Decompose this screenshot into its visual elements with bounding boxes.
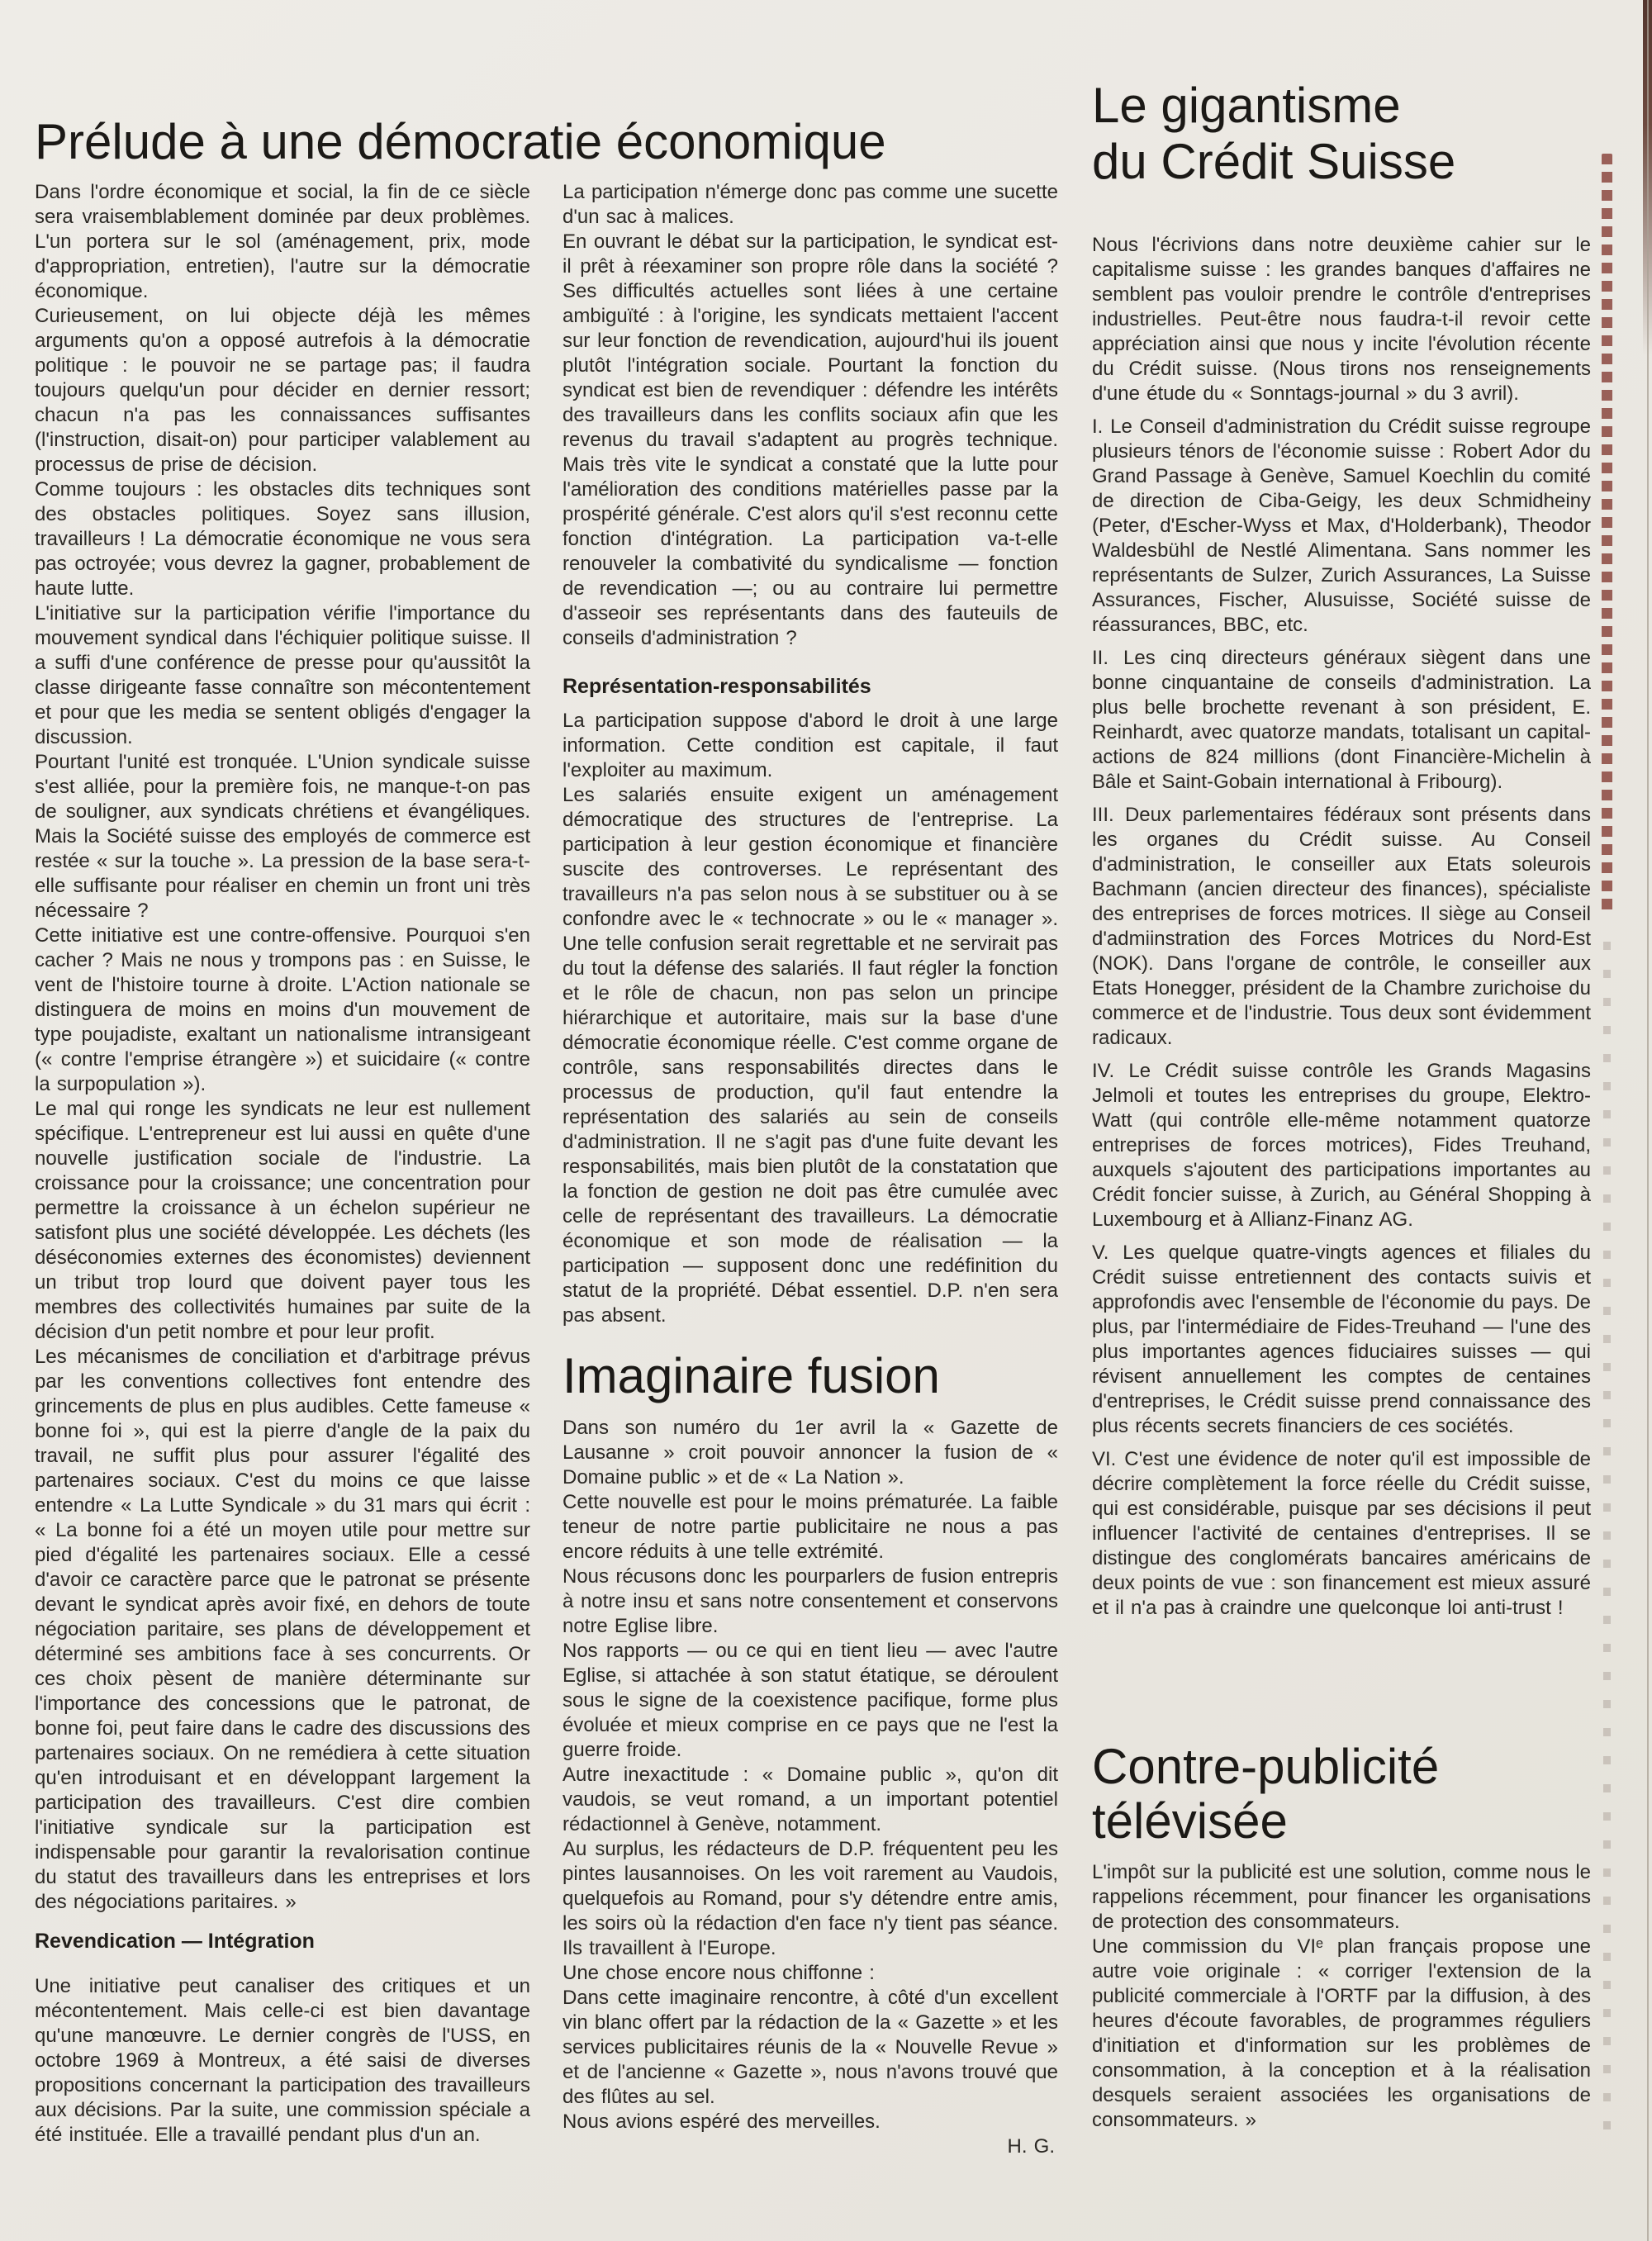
contrepub-title-line1: Contre-publicité (1092, 1739, 1439, 1794)
paragraph: Le mal qui ronge les syndicats ne leur e… (35, 1097, 530, 1345)
paragraph: Au surplus, les rédacteurs de D.P. fréqu… (563, 1837, 1058, 1961)
paragraph: Nous avions espéré des merveilles. (563, 2110, 1058, 2134)
paragraph: Dans cette imaginaire rencontre, à côté … (563, 1986, 1058, 2110)
prelude-column-1: Dans l'ordre économique et social, la fi… (35, 180, 530, 1915)
paragraph: Comme toujours : les obstacles dits tech… (35, 477, 530, 601)
paragraph: Les mécanismes de conciliation et d'arbi… (35, 1345, 530, 1915)
author-signature: H. G. (563, 2134, 1058, 2159)
paragraph: Une commission du VIᵉ plan français prop… (1092, 1935, 1591, 2133)
imaginaire-fusion-paragraphs: Dans son numéro du 1er avril la « Gazett… (563, 1416, 1058, 2134)
subhead-representation-responsabilites: Représentation-responsabilités (563, 674, 1058, 699)
imaginaire-fusion-body: Dans son numéro du 1er avril la « Gazett… (563, 1416, 1058, 2159)
paragraph: III. Deux parlementaires fédéraux sont p… (1092, 803, 1591, 1051)
article-contrepub-title: Contre-publicité télévisée (1092, 1740, 1591, 1849)
paragraph: Cette nouvelle est pour le moins prématu… (563, 1490, 1058, 1564)
paragraph: Pourtant l'unité est tronquée. L'Union s… (35, 750, 530, 923)
contrepub-body: L'impôt sur la publicité est une solutio… (1092, 1860, 1591, 2133)
gigantisme-title-line1: Le gigantisme (1092, 78, 1401, 133)
paragraph: L'initiative sur la participation vérifi… (35, 601, 530, 750)
prelude-column-2: La participation n'émerge donc pas comme… (563, 180, 1058, 1328)
article-prelude-title: Prélude à une démocratie économique (35, 116, 1084, 169)
paragraph: Autre inexactitude : « Domaine public »,… (563, 1763, 1058, 1837)
gigantisme-intro: Nous l'écrivions dans notre deuxième cah… (1092, 233, 1591, 406)
gigantisme-body: Nous l'écrivions dans notre deuxième cah… (1092, 233, 1591, 1629)
contrepub-title-line2: télévisée (1092, 1793, 1288, 1849)
edge-print-marks-faint (1603, 942, 1611, 2148)
prelude-column-2-top: La participation n'émerge donc pas comme… (563, 180, 1058, 651)
paragraph: Dans l'ordre économique et social, la fi… (35, 180, 530, 304)
edge-print-marks-red (1602, 154, 1612, 914)
paragraph: La participation n'émerge donc pas comme… (563, 180, 1058, 230)
paragraph: Nous récusons donc les pourparlers de fu… (563, 1564, 1058, 1639)
paragraph: L'impôt sur la publicité est une solutio… (1092, 1860, 1591, 1935)
paragraph: V. Les quelque quatre-vingts agences et … (1092, 1241, 1591, 1439)
article-gigantisme-title: Le gigantisme du Crédit Suisse (1092, 78, 1591, 190)
paragraph: II. Les cinq directeurs généraux siègent… (1092, 646, 1591, 795)
paragraph: I. Le Conseil d'administration du Crédit… (1092, 415, 1591, 638)
subhead-revendication-integration: Revendication — Intégration (35, 1930, 315, 1954)
page-edge-line (1647, 0, 1649, 2241)
paragraph: Une initiative peut canaliser des critiq… (35, 1974, 530, 2148)
gigantisme-numbered-points: I. Le Conseil d'administration du Crédit… (1092, 415, 1591, 1621)
paragraph: Curieusement, on lui objecte déjà les mê… (35, 304, 530, 477)
newspaper-page: Prélude à une démocratie économique Dans… (0, 0, 1652, 2241)
paragraph: VI. C'est une évidence de noter qu'il es… (1092, 1447, 1591, 1621)
paragraph: La participation suppose d'abord le droi… (563, 709, 1058, 783)
paragraph: Dans son numéro du 1er avril la « Gazett… (563, 1416, 1058, 1490)
article-imaginaire-fusion-title: Imaginaire fusion (563, 1350, 1058, 1403)
paragraph: Cette initiative est une contre-offensiv… (35, 923, 530, 1097)
paragraph: En ouvrant le débat sur la participation… (563, 230, 1058, 651)
gigantisme-title-line2: du Crédit Suisse (1092, 134, 1455, 189)
paragraph: Les salariés ensuite exigent un aménagem… (563, 783, 1058, 1328)
paragraph: IV. Le Crédit suisse contrôle les Grands… (1092, 1059, 1591, 1232)
paragraph: Nos rapports — ou ce qui en tient lieu —… (563, 1639, 1058, 1763)
prelude-column-2-bottom: La participation suppose d'abord le droi… (563, 709, 1058, 1328)
paragraph: Une chose encore nous chiffonne : (563, 1961, 1058, 1986)
prelude-column-1-after-subhead: Une initiative peut canaliser des critiq… (35, 1974, 530, 2148)
